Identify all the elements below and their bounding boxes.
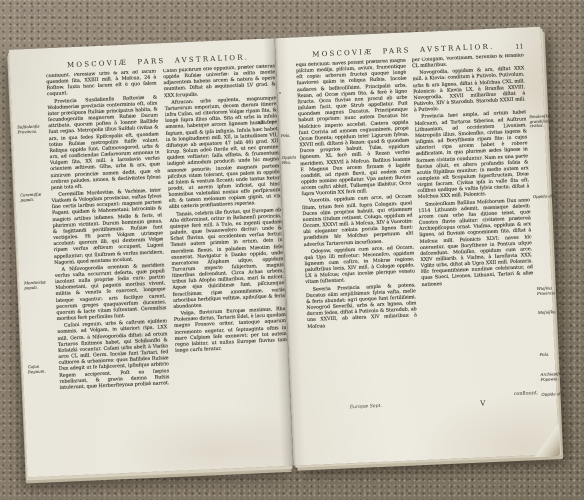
margin-note: Wiaſma Provincia. bbox=[537, 286, 563, 296]
paragraph: A Niſovogorodia orientem & meridiem verſ… bbox=[54, 263, 166, 323]
margin-note: Moſaiſko. bbox=[538, 310, 564, 316]
margin-note: Mordovitæ populi. bbox=[24, 280, 51, 290]
paragraph: Smolenſkum Baſilius Moſchorum Dux anno 1… bbox=[418, 198, 534, 289]
right-page-column-1: equi deficiunt: naves poſsint prætereà m… bbox=[296, 59, 421, 405]
margin-note: Oppida alia. bbox=[541, 392, 567, 398]
paragraph: confluunt. Pereslaw urbs & arx ad lacum … bbox=[46, 69, 157, 98]
right-page-column-2: per Colugam, Vorotiniam, Serenſko & Bran… bbox=[412, 53, 539, 400]
margin-note: Archiepiſc. Popowia. bbox=[541, 372, 567, 382]
paragraph: equi deficiunt: naves poſsint prætereà m… bbox=[296, 59, 412, 199]
margin-note: Aſtracan. bbox=[257, 120, 279, 125]
margin-note: * bbox=[279, 91, 294, 96]
left-page: MOSCOVIÆ PARS AVSTRALIOR. Suſdalenſis Pr… bbox=[9, 38, 293, 477]
paragraph: Ceremiſſæ Mordovitæ, & Vachinæ, inter Vi… bbox=[51, 188, 164, 267]
margin-note: Pola. bbox=[540, 352, 566, 358]
paragraph: Odoyow, oppidum cum arce, ad Occam, quà … bbox=[304, 245, 416, 287]
paragraph: Provincia hæc ampla, ad ortum habet Moſc… bbox=[414, 111, 530, 202]
paragraph: Provincia Susdalienſis Roſtoviæ & Wolodi… bbox=[47, 95, 161, 192]
page-number: 11 bbox=[515, 42, 524, 50]
margin-note: Oppida alia. bbox=[533, 194, 559, 200]
margin-note: Oppida Rha. bbox=[282, 155, 297, 165]
margin-note: Pola. bbox=[281, 133, 296, 138]
paragraph: Vuorotin, oppidum cum arce, ad Occam ſit… bbox=[302, 195, 414, 249]
right-page: MOSCOVIÆ PARS AVSTRALIOR. 11 *Pola.Oppid… bbox=[275, 27, 559, 466]
margin-note: Caſan Regnum. bbox=[28, 364, 55, 374]
margin-note: Smolenſko grandiſsima civitas. bbox=[529, 114, 556, 129]
margin-note: Ceremiſſæ populi. bbox=[20, 192, 47, 202]
paragraph: Novogrodia, oppidum & arx, diſtat XXX mi… bbox=[412, 67, 526, 115]
paragraph: Caſani regnum, urbs & caſtrum ejuſdem no… bbox=[57, 319, 170, 391]
open-book: MOSCOVIÆ PARS AVSTRALIOR. Suſdalenſis Pr… bbox=[9, 27, 559, 478]
paragraph: Severia Provincia ampla & potens, Ducatu… bbox=[306, 283, 418, 331]
pencil-inscription: 3920 C bbox=[20, 8, 55, 17]
page-corner-curl bbox=[533, 422, 560, 457]
left-page-column-1: confluunt. Pereslaw urbs & arx ad lacum … bbox=[46, 69, 171, 419]
photo-background: 3920 C MOSCOVIÆ PARS AVSTRALIOR. Suſdale… bbox=[0, 0, 584, 500]
margin-note: Suſdalenſis Provincia. bbox=[17, 124, 44, 134]
